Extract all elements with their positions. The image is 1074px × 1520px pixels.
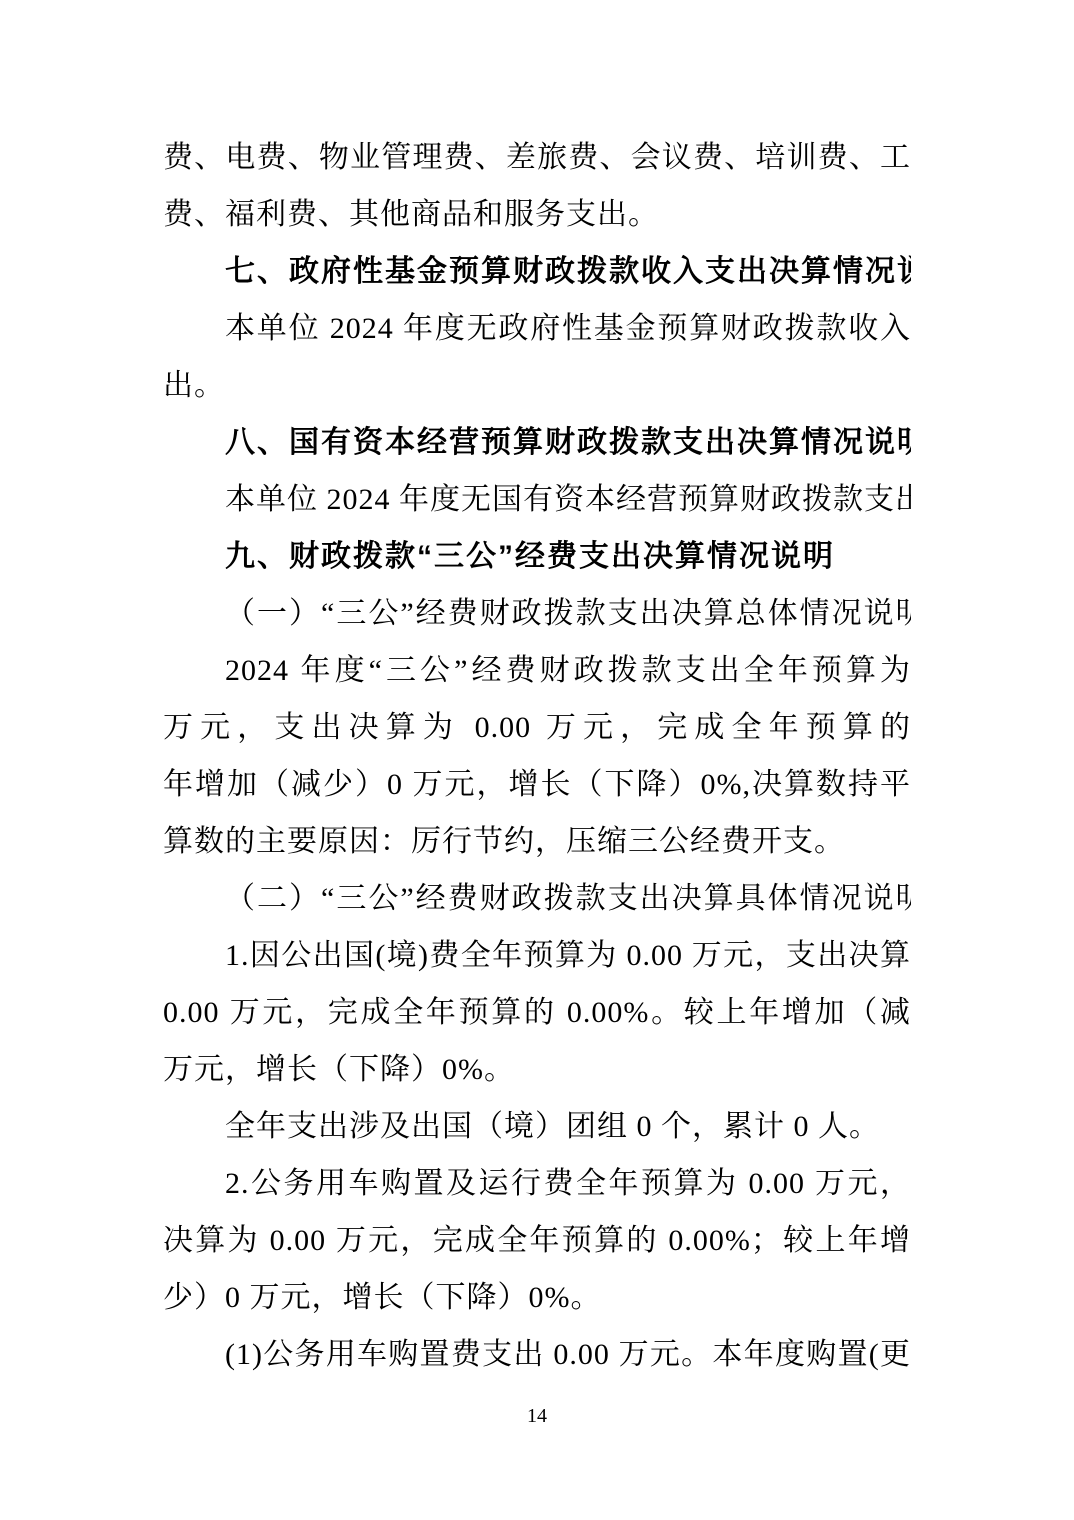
page-content: 费、电费、物业管理费、差旅费、会议费、培训费、工会经 费、福利费、其他商品和服务… xyxy=(163,129,911,1383)
paragraph-line: 万元，增长（下降）0%。 xyxy=(163,1041,911,1098)
paragraph-line: 少）0 万元，增长（下降）0%。 xyxy=(163,1269,911,1326)
subsection-heading-overall: （一）“三公”经费财政拨款支出决算总体情况说明 xyxy=(163,585,911,642)
paragraph-line: 万元，支出决算为 0.00 万元，完成全年预算的 0.00%。较上 xyxy=(163,699,911,756)
paragraph-line: 2024 年度“三公”经费财政拨款支出全年预算为 0.08 xyxy=(163,642,911,699)
paragraph-line: 决算为 0.00 万元，完成全年预算的 0.00%；较上年增加（减 xyxy=(163,1212,911,1269)
paragraph-line: 出。 xyxy=(163,357,911,414)
paragraph-line: 年增加（减少）0 万元，增长（下降）0%,决算数持平全年预 xyxy=(163,756,911,813)
paragraph-line: (1)公务用车购置费支出 0.00 万元。本年度购置(更新) xyxy=(163,1326,911,1383)
document-page: 费、电费、物业管理费、差旅费、会议费、培训费、工会经 费、福利费、其他商品和服务… xyxy=(0,0,1074,1520)
paragraph-line: 费、电费、物业管理费、差旅费、会议费、培训费、工会经 xyxy=(163,129,911,186)
paragraph-line: 本单位 2024 年度无政府性基金预算财政拨款收入支 xyxy=(163,300,911,357)
subsection-heading-specific: （二）“三公”经费财政拨款支出决算具体情况说明。 xyxy=(163,870,911,927)
page-number: 14 xyxy=(0,1403,1074,1429)
paragraph-line: 1.因公出国(境)费全年预算为 0.00 万元，支出决算为 xyxy=(163,927,911,984)
section-heading-state-capital: 八、国有资本经营预算财政拨款支出决算情况说明 xyxy=(163,414,911,471)
paragraph-line: 本单位 2024 年度无国有资本经营预算财政拨款支出。 xyxy=(163,471,911,528)
section-heading-gov-fund: 七、政府性基金预算财政拨款收入支出决算情况说明 xyxy=(163,243,911,300)
paragraph-line: 算数的主要原因：厉行节约，压缩三公经费开支。 xyxy=(163,813,911,870)
paragraph-line: 全年支出涉及出国（境）团组 0 个，累计 0 人。 xyxy=(163,1098,911,1155)
paragraph-line: 费、福利费、其他商品和服务支出。 xyxy=(163,186,911,243)
paragraph-line: 0.00 万元，完成全年预算的 0.00%。较上年增加（减少）0 xyxy=(163,984,911,1041)
section-heading-three-public: 九、财政拨款“三公”经费支出决算情况说明 xyxy=(163,528,911,585)
paragraph-line: 2.公务用车购置及运行费全年预算为 0.00 万元，支出 xyxy=(163,1155,911,1212)
